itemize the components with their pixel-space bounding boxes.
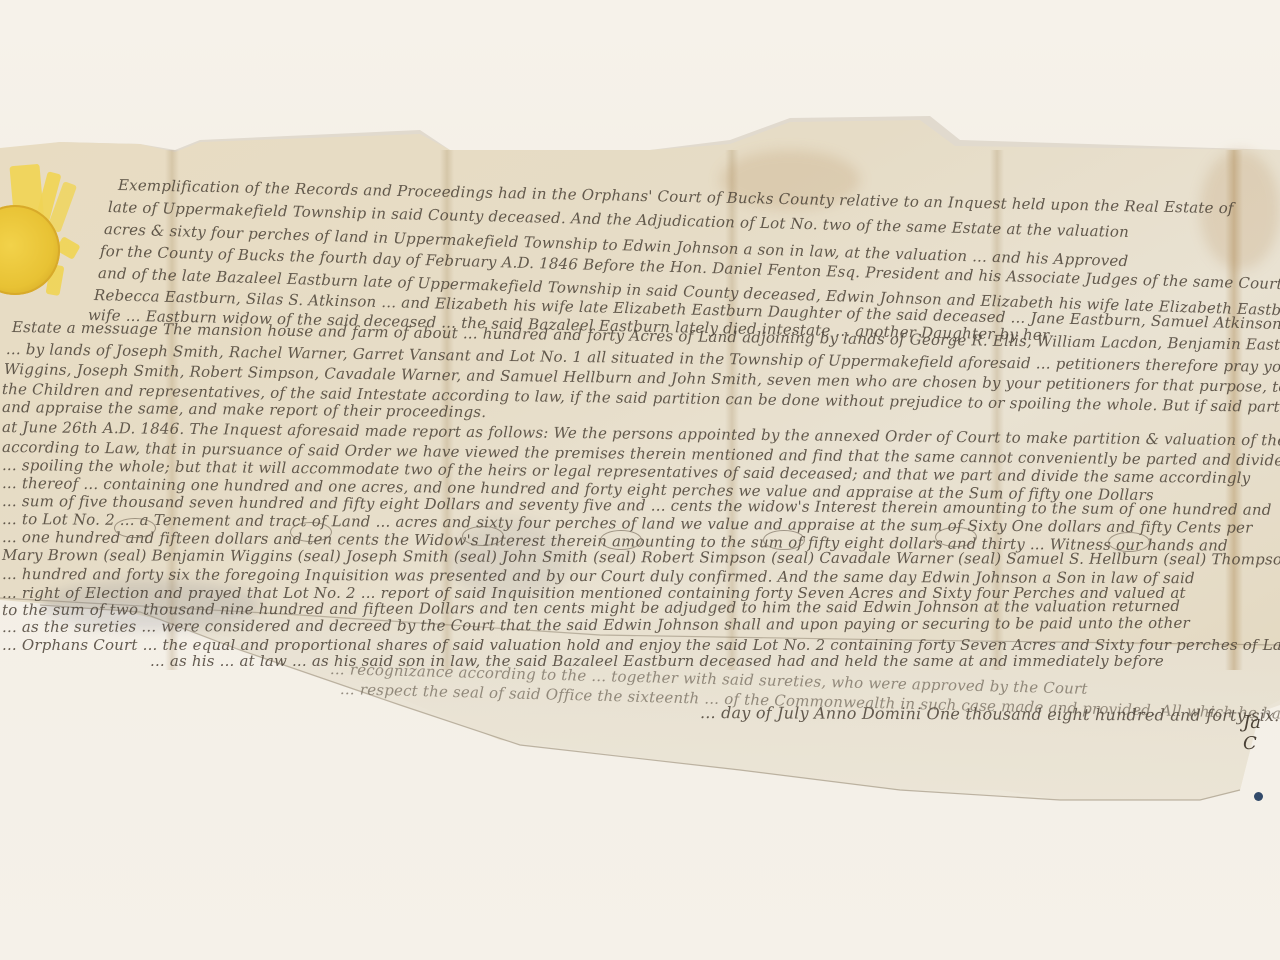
- fold-crease: [440, 150, 454, 670]
- signature-seal: [462, 526, 504, 546]
- ink-blot: [1254, 792, 1263, 801]
- signature-seal: [290, 522, 332, 542]
- signature-seal: [935, 527, 977, 547]
- signature-seal: [763, 530, 805, 550]
- fold-crease: [990, 150, 1004, 670]
- parchment-shape: [0, 0, 1280, 960]
- signature-seal: [1108, 532, 1150, 552]
- signature-seal: [114, 518, 156, 538]
- document-scroll: Exemplification of the Records and Proce…: [0, 0, 1280, 960]
- stain: [1200, 150, 1280, 270]
- fold-crease: [725, 150, 739, 670]
- signature-fragment: Ja C: [1243, 712, 1280, 754]
- signature-seal: [600, 530, 642, 550]
- stain: [720, 150, 860, 210]
- stain: [40, 580, 260, 630]
